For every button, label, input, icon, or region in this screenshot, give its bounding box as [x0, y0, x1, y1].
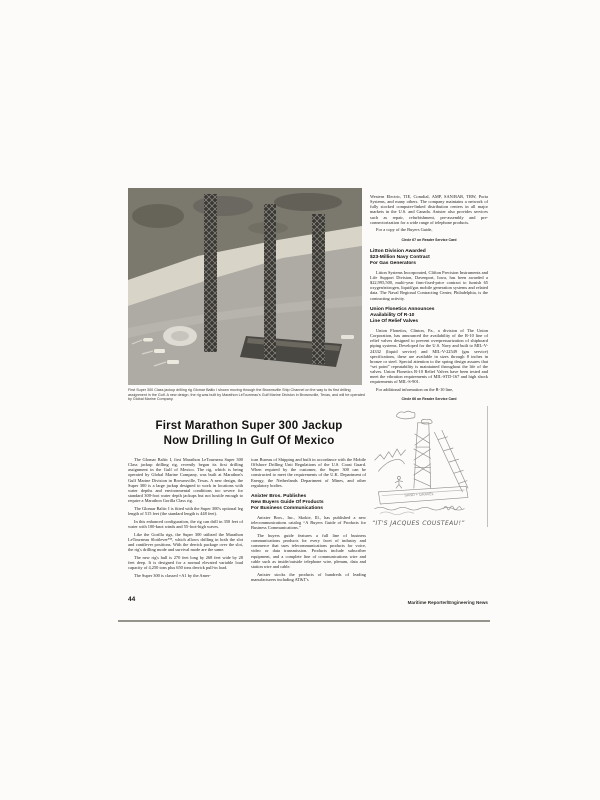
paragraph: Anixter stocks the products of hundreds … [251, 572, 366, 582]
page-number: 44 [128, 596, 135, 603]
cartoonist-signature [444, 507, 462, 511]
editorial-cartoon: SAND + GRAVEL “IT'S JACQUES COUSTEAU!” [370, 406, 488, 526]
cartoon-illustration: SAND + GRAVEL [370, 406, 482, 518]
paragraph: Anixter Bros., Inc., Skokie, Ill., has p… [251, 515, 366, 530]
cartoon-caption: “IT'S JACQUES COUSTEAU!” [372, 521, 485, 526]
flonetics-closing: For additional information on the R-10 l… [370, 387, 488, 392]
paragraph: The buyers guide features a full line of… [251, 533, 366, 569]
heading-line: Line Of Relief Valves [370, 319, 488, 325]
anixter-tail-closing: For a copy of the Buyers Guide, [370, 227, 488, 232]
reader-service-note-67: Circle 67 on Reader Service Card [370, 238, 488, 243]
paragraph: The Super 300 is classed +A1 by the Amer… [128, 573, 243, 578]
headline-line-1: First Marathon Super 300 Jackup [126, 419, 372, 434]
publication-title: Maritime Reporter/Engineering News [288, 600, 488, 605]
page-bottom-rule [118, 620, 490, 622]
flonetics-paragraph: Union Flonetics, Clinton, Pa., a divisio… [370, 328, 488, 385]
anixter-pub-heading: Anixter Bros. Publishes New Buyers Guide… [251, 494, 366, 513]
reader-service-note-66: Circle 66 on Reader Service Card [370, 397, 488, 402]
headline-line-2: Now Drilling In Gulf Of Mexico [126, 434, 372, 449]
heading-line: For Business Communications [251, 506, 366, 512]
paragraph: The Glomar Baltic I is fitted with the S… [128, 506, 243, 516]
photo-caption: First Super 300 Class jackup drilling ri… [128, 388, 368, 402]
photo-illustration [128, 188, 362, 385]
paragraph: In this enhanced configuration, the rig … [128, 519, 243, 529]
barge-label: SAND + GRAVEL [404, 492, 434, 498]
litton-paragraph: Litton Systems Incorporated, Clifton Pre… [370, 270, 488, 301]
paragraph-continuation: ican Bureau of Shipping and built in acc… [251, 457, 366, 488]
right-column: Western Electric, TIE, Comdial, AMP, SAN… [370, 194, 488, 527]
anixter-tail-paragraph: Western Electric, TIE, Comdial, AMP, SAN… [370, 194, 488, 225]
flonetics-heading: Union Flonetics Announces Availability O… [370, 307, 488, 326]
paragraph: Like the Gorilla rigs, the Super 300 uti… [128, 532, 243, 553]
article-headline: First Marathon Super 300 Jackup Now Dril… [126, 419, 372, 448]
rig-photo [128, 188, 362, 385]
paragraph: The Glomar Baltic I, first Marathon LeTo… [128, 457, 243, 503]
paragraph: The new rig's hull is 270 feet long by 2… [128, 555, 243, 570]
article-column-1: The Glomar Baltic I, first Marathon LeTo… [128, 457, 243, 580]
heading-line: For Gas Generators [370, 261, 488, 267]
article-column-2: ican Bureau of Shipping and built in acc… [251, 457, 366, 584]
litton-heading: Litton Division Awarded $23-Million Navy… [370, 249, 488, 268]
